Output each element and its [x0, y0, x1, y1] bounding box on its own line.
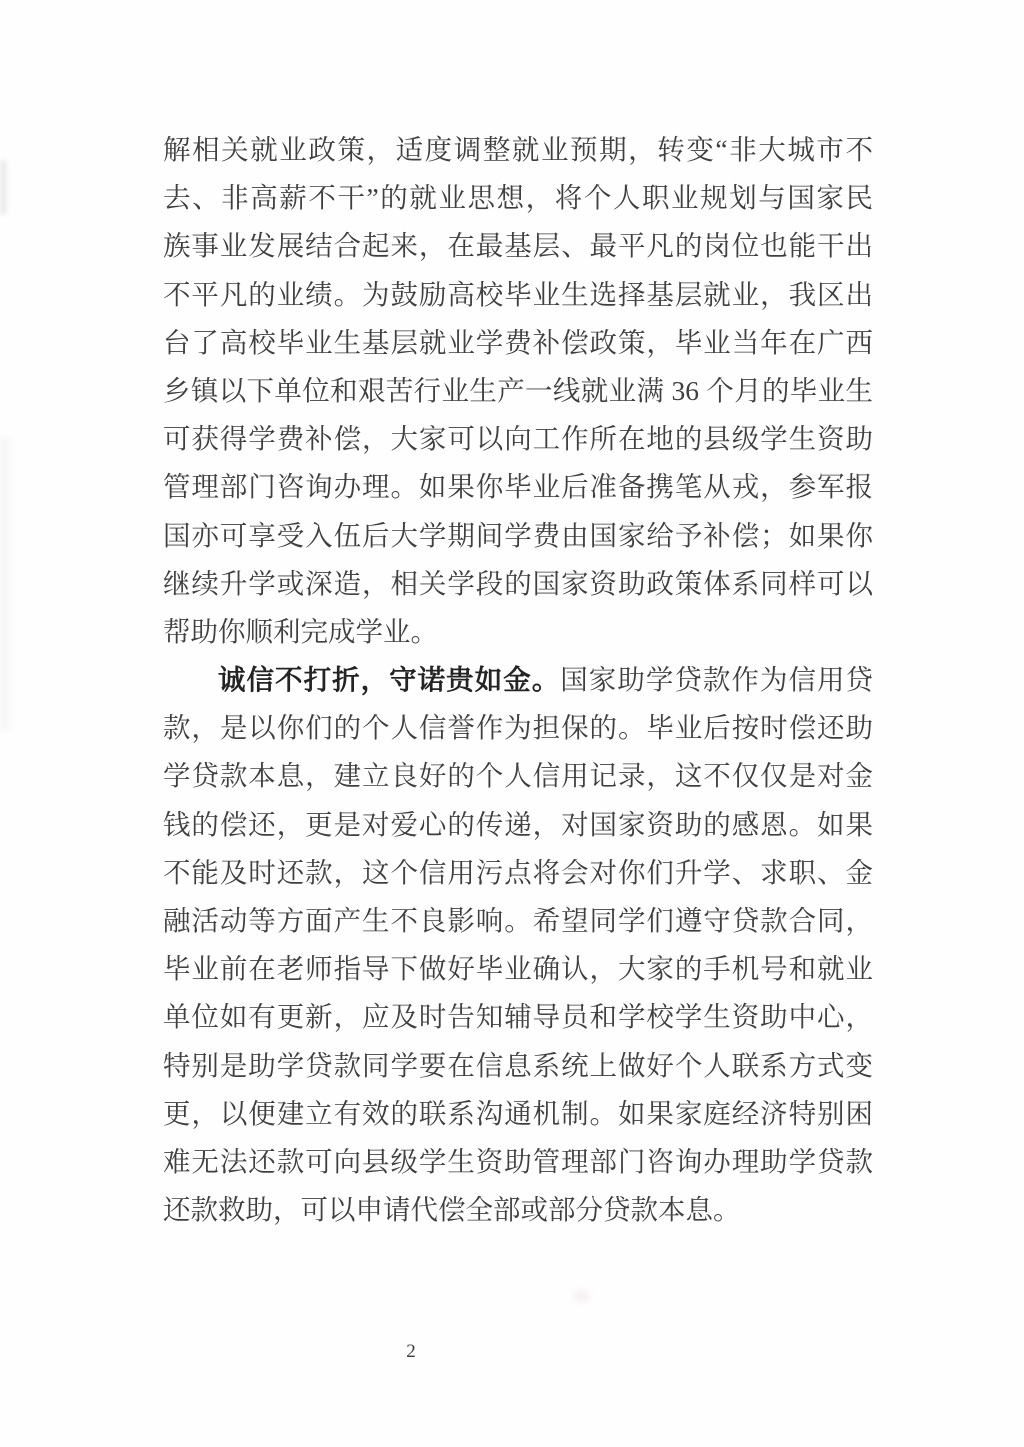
text-line: 乡镇以下单位和艰苦行业生产一线就业满 36 个月的毕业生	[163, 367, 873, 415]
paragraph-lead-bold: 诚信不打折，守诺贵如金。	[218, 664, 560, 695]
text-line: 不能及时还款，这个信用污点将会对你们升学、求职、金	[163, 849, 873, 897]
text-line-paragraph-end: 帮助你顺利完成学业。	[163, 608, 873, 656]
paragraph-lead-rest: 国家助学贷款作为信用贷	[560, 664, 873, 695]
text-line: 更，以便建立有效的联系沟通机制。如果家庭经济特别困	[163, 1090, 873, 1138]
text-line: 毕业前在老师指导下做好毕业确认，大家的手机号和就业	[163, 945, 873, 993]
scan-smudge	[574, 1290, 590, 1302]
text-line: 继续升学或深造，相关学段的国家资助政策体系同样可以	[163, 560, 873, 608]
text-line: 难无法还款可向县级学生资助管理部门咨询办理助学贷款	[163, 1138, 873, 1186]
text-line: 台了高校毕业生基层就业学费补偿政策，毕业当年在广西	[163, 319, 873, 367]
text-line-paragraph-start: 诚信不打折，守诺贵如金。国家助学贷款作为信用贷	[163, 656, 873, 704]
text-line: 族事业发展结合起来，在最基层、最平凡的岗位也能干出	[163, 222, 873, 270]
page-number: 2	[394, 1341, 428, 1363]
text-line: 特别是助学贷款同学要在信息系统上做好个人联系方式变	[163, 1042, 873, 1090]
scan-smudge	[0, 438, 9, 730]
text-line: 单位如有更新，应及时告知辅导员和学校学生资助中心，	[163, 993, 873, 1041]
text-line: 融活动等方面产生不良影响。希望同学们遵守贷款合同，	[163, 897, 873, 945]
text-line: 不平凡的业绩。为鼓励高校毕业生选择基层就业，我区出	[163, 271, 873, 319]
document-page: 解相关就业政策，适度调整就业预期，转变“非大城市不 去、非高薪不干”的就业思想，…	[0, 0, 1024, 1447]
text-line: 解相关就业政策，适度调整就业预期，转变“非大城市不	[163, 126, 873, 174]
text-line-paragraph-end: 还款救助，可以申请代偿全部或部分贷款本息。	[163, 1186, 873, 1234]
text-line: 款，是以你们的个人信誉作为担保的。毕业后按时偿还助	[163, 704, 873, 752]
text-line: 学贷款本息，建立良好的个人信用记录，这不仅仅是对金	[163, 752, 873, 800]
text-line: 国亦可享受入伍后大学期间学费由国家给予补偿；如果你	[163, 512, 873, 560]
text-line: 可获得学费补偿，大家可以向工作所在地的县级学生资助	[163, 415, 873, 463]
text-line: 去、非高薪不干”的就业思想，将个人职业规划与国家民	[163, 174, 873, 222]
text-line: 管理部门咨询办理。如果你毕业后准备携笔从戎，参军报	[163, 463, 873, 511]
body-text: 解相关就业政策，适度调整就业预期，转变“非大城市不 去、非高薪不干”的就业思想，…	[163, 126, 873, 1234]
scan-smudge	[0, 160, 7, 215]
text-line: 钱的偿还，更是对爱心的传递，对国家资助的感恩。如果	[163, 801, 873, 849]
